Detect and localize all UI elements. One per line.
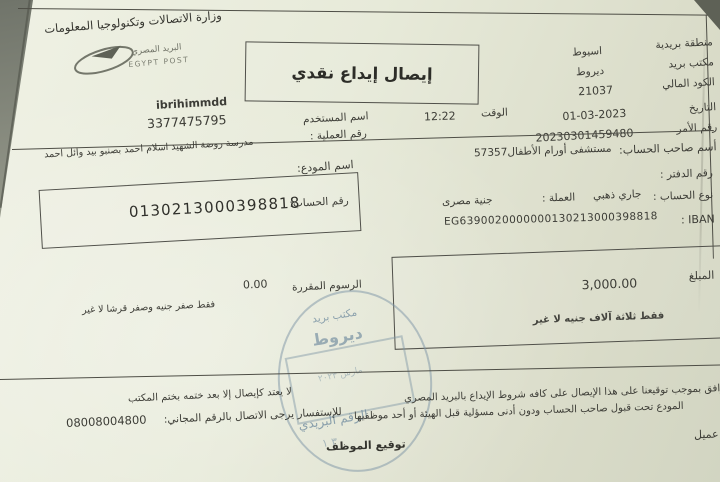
post-office-value: ديروط bbox=[576, 65, 605, 80]
currency-value: جنية مصرى bbox=[442, 194, 493, 209]
photo-background-corner-top-left bbox=[0, 0, 40, 230]
date-label: التاريخ bbox=[689, 101, 717, 116]
egypt-post-logo: البريد المصري EGYPT POST bbox=[69, 36, 192, 84]
order-number-value: 20230301459480 bbox=[535, 126, 634, 145]
account-type-label: نوع الحساب : bbox=[653, 189, 714, 204]
date-value: 01-03-2023 bbox=[562, 107, 627, 124]
currency-label: العملة : bbox=[542, 191, 576, 205]
financial-code-value: 21037 bbox=[578, 83, 614, 99]
iban-label: : IBAN bbox=[681, 213, 715, 228]
post-office-label: مكتب بريد bbox=[668, 56, 714, 71]
client-signature-fragment: عميل bbox=[694, 428, 719, 443]
hotline-number: 08008004800 bbox=[66, 413, 147, 430]
username-value: ibrihimmdd bbox=[156, 95, 228, 112]
book-number-label: رقم الدفتر : bbox=[660, 167, 713, 182]
receipt-title-box: إيصال إيداع نقدي bbox=[245, 41, 480, 104]
stamp-note: لا يعتد كإيصال إلا بعد ختمه بختم المكتب bbox=[128, 386, 292, 406]
financial-code-label: الكود المالي bbox=[662, 76, 715, 92]
amount-label: المبلغ bbox=[689, 269, 715, 284]
postal-area-label: منطقة بريدية bbox=[655, 36, 713, 52]
depositor-value: مدرسة روضة الشهيد اسلام احمد بصنبو بيد و… bbox=[44, 137, 254, 162]
receipt-title: إيصال إيداع نقدي bbox=[291, 63, 432, 84]
user-code: 3377475795 bbox=[147, 112, 227, 132]
time-label: الوقت bbox=[481, 107, 508, 121]
account-number-value: 0130213000398818 bbox=[128, 193, 301, 221]
time-value: 12:22 bbox=[424, 109, 456, 124]
account-number-box: رقم الحساب: 0130213000398818 bbox=[39, 172, 362, 249]
order-number-label: رقم الأمر bbox=[676, 121, 717, 136]
amount-value: 3,000.00 bbox=[581, 275, 637, 293]
account-type-value: جاري ذهبي bbox=[592, 188, 641, 203]
ministry-line: وزارة الاتصالات وتكنولوجيا المعلومات bbox=[44, 8, 222, 36]
header-meta-block: منطقة بريدية اسيوط مكتب بريد ديروط الكود… bbox=[450, 28, 720, 158]
fees-words: فقط صفر جنيه وصفر قرشا لا غير bbox=[82, 299, 216, 317]
iban-value: EG6390020000000130213000398818 bbox=[444, 210, 658, 229]
postal-area-value: اسيوط bbox=[572, 45, 603, 60]
scanned-receipt-photo: وزارة الاتصالات وتكنولوجيا المعلومات الب… bbox=[0, 0, 720, 482]
employee-signature-label: توقيع الموظف bbox=[326, 438, 406, 455]
form-top-border bbox=[18, 8, 708, 16]
fees-value: 0.00 bbox=[243, 277, 268, 292]
username-label: اسم المستخدم bbox=[303, 110, 369, 127]
amount-words: فقط ثلاثة آلاف جنيه لا غير bbox=[533, 310, 665, 327]
amount-box: المبلغ 3,000.00 فقط ثلاثة آلاف جنيه لا غ… bbox=[391, 245, 720, 350]
